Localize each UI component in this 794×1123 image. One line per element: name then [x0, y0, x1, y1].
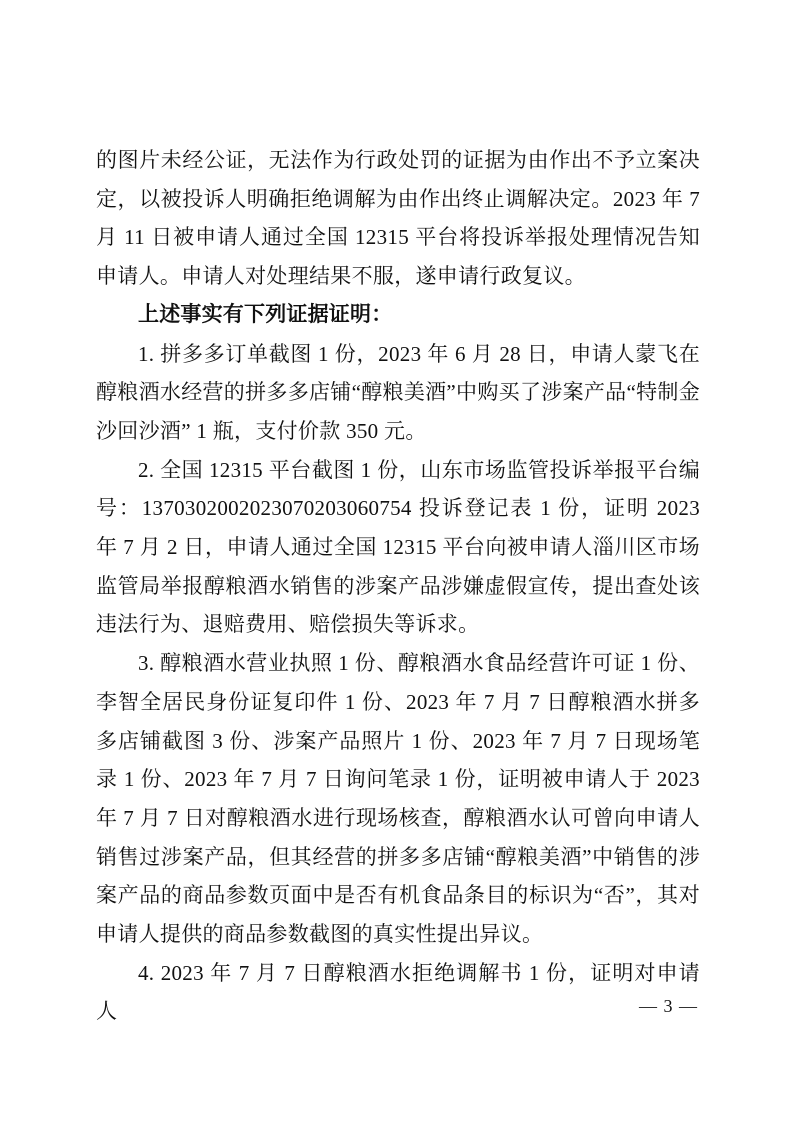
heading-evidence: 上述事实有下列证据证明：	[96, 296, 700, 335]
evidence-item-1: 1. 拼多多订单截图 1 份，2023 年 6 月 28 日，申请人蒙飞在醇粮酒…	[96, 335, 700, 451]
page-number: — 3 —	[639, 994, 698, 1018]
evidence-item-4: 4. 2023 年 7 月 7 日醇粮酒水拒绝调解书 1 份，证明对申请人	[96, 954, 700, 1031]
evidence-item-3: 3. 醇粮酒水营业执照 1 份、醇粮酒水食品经营许可证 1 份、李智全居民身份证…	[96, 644, 700, 954]
document-page: 的图片未经公证，无法作为行政处罚的证据为由作出不予立案决定，以被投诉人明确拒绝调…	[0, 0, 794, 1123]
evidence-item-2: 2. 全国 12315 平台截图 1 份，山东市场监管投诉举报平台编号：1370…	[96, 451, 700, 645]
paragraph-facts-continuation: 的图片未经公证，无法作为行政处罚的证据为由作出不予立案决定，以被投诉人明确拒绝调…	[96, 141, 700, 296]
document-body: 的图片未经公证，无法作为行政处罚的证据为由作出不予立案决定，以被投诉人明确拒绝调…	[96, 141, 700, 1031]
